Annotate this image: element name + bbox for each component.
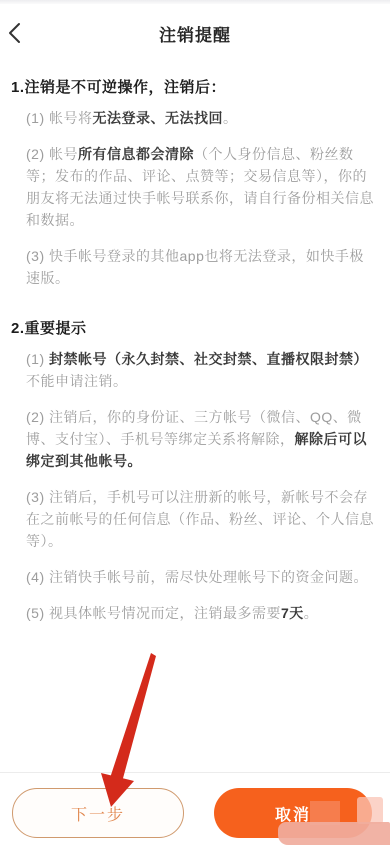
body-text: (4) 注销快手帐号前，需尽快处理帐号下的资金问题。	[26, 569, 368, 585]
body-text: (5) 视具体帐号情况而定，注销最多需要	[26, 605, 281, 621]
body-text: (1)	[26, 351, 49, 367]
body-text: (3) 注销后，手机号可以注册新的帐号，新帐号不会存在之前帐号的任何信息（作品、…	[26, 489, 374, 549]
navigation-bar: 注销提醒	[0, 0, 390, 58]
body-text: 。	[223, 110, 238, 126]
terms-paragraph: (2) 注销后，你的身份证、三方帐号（微信、QQ、微博、支付宝）、手机号等绑定关…	[26, 406, 376, 472]
emphasized-text: 7天	[281, 605, 304, 621]
app-screen: 注销提醒 1.注销是不可逆操作，注销后：(1) 帐号将无法登录、无法找回。(2)…	[0, 0, 390, 849]
terms-paragraph: (3) 注销后，手机号可以注册新的帐号，新帐号不会存在之前帐号的任何信息（作品、…	[26, 486, 376, 552]
terms-paragraph: (5) 视具体帐号情况而定，注销最多需要7天。	[26, 602, 376, 624]
emphasized-text: 所有信息都会清除	[78, 146, 194, 162]
body-text: (1) 帐号将	[26, 110, 93, 126]
section-heading: 2.重要提示	[11, 317, 376, 338]
body-text: (3) 快手帐号登录的其他app也将无法登录，如快手极速版。	[26, 248, 364, 286]
terms-paragraph: (2) 帐号所有信息都会清除（个人身份信息、粉丝数等；发布的作品、评论、点赞等；…	[26, 143, 376, 231]
emphasized-text: 无法登录、无法找回	[93, 110, 224, 126]
terms-paragraph: (3) 快手帐号登录的其他app也将无法登录，如快手极速版。	[26, 245, 376, 289]
body-text: (2) 帐号	[26, 146, 78, 162]
body-text: 。	[304, 605, 319, 621]
cancel-button[interactable]: 取消	[214, 788, 372, 838]
terms-paragraph: (1) 封禁帐号（永久封禁、社交封禁、直播权限封禁）不能申请注销。	[26, 348, 376, 392]
section-heading: 1.注销是不可逆操作，注销后：	[11, 76, 376, 97]
body-text: 不能申请注销。	[26, 373, 128, 389]
next-step-button[interactable]: 下一步	[12, 788, 184, 838]
emphasized-text: 封禁帐号（永久封禁、社交封禁、直播权限封禁）	[49, 351, 368, 367]
terms-paragraph: (1) 帐号将无法登录、无法找回。	[26, 107, 376, 129]
terms-content: 1.注销是不可逆操作，注销后：(1) 帐号将无法登录、无法找回。(2) 帐号所有…	[0, 58, 390, 624]
page-title: 注销提醒	[0, 21, 390, 46]
footer-bar: 下一步 取消	[0, 772, 390, 849]
terms-paragraph: (4) 注销快手帐号前，需尽快处理帐号下的资金问题。	[26, 566, 376, 588]
